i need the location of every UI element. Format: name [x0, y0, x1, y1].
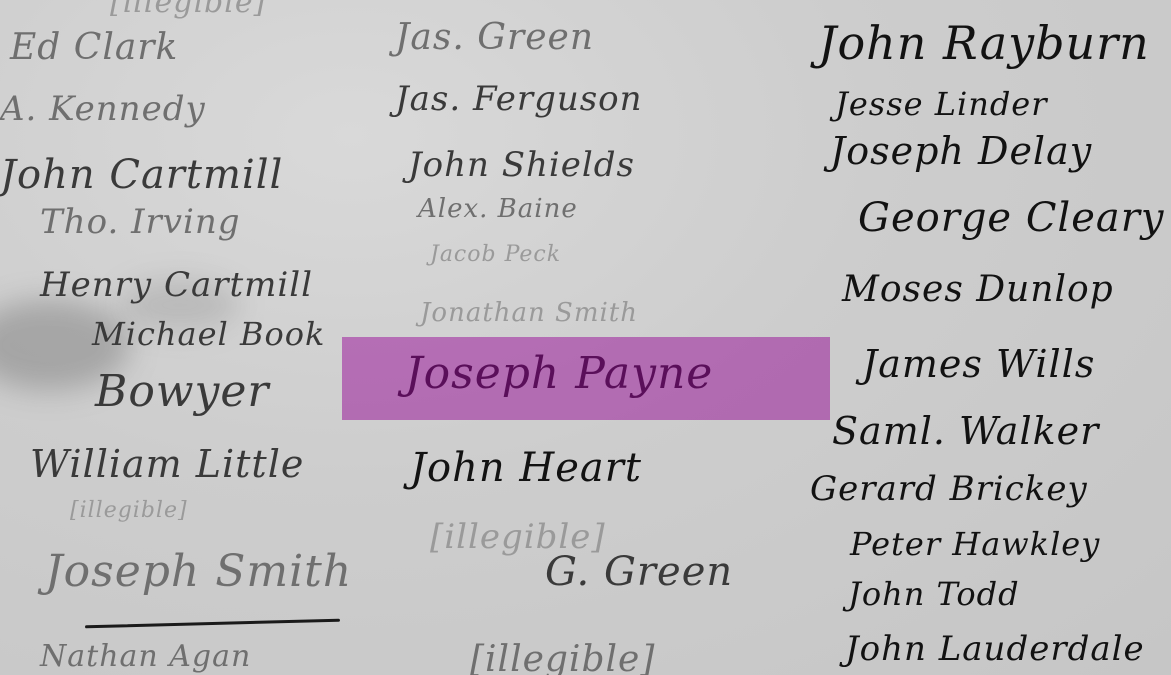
signature: Michael Book	[92, 318, 325, 350]
signature: A. Kennedy	[0, 92, 206, 126]
underline-rule	[85, 619, 340, 629]
signature: Jacob Peck	[430, 244, 561, 266]
signature: G. Green	[545, 552, 733, 592]
signature: James Wills	[862, 345, 1095, 383]
signature: Joseph Smith	[45, 550, 352, 594]
signature: [illegible]	[470, 642, 655, 675]
signature: Ed Clark	[10, 30, 178, 66]
signature: Alex. Baine	[418, 196, 578, 222]
signature: Bowyer	[95, 370, 269, 414]
signature: [illegible]	[70, 500, 188, 522]
signature: John Cartmill	[0, 155, 283, 195]
signature: Saml. Walker	[832, 412, 1099, 450]
highlighted-signature[interactable]: Joseph Payne	[405, 352, 713, 396]
signature: Jas. Green	[395, 20, 594, 56]
signature: Jonathan Smith	[420, 300, 638, 326]
signature: Moses Dunlop	[842, 272, 1114, 308]
signature: Peter Hawkley	[850, 528, 1100, 560]
signature: Gerard Brickey	[810, 472, 1088, 506]
signature: Nathan Agan	[40, 642, 251, 672]
signature: John Todd	[848, 578, 1020, 610]
signature: Tho. Irving	[40, 205, 241, 239]
signature: Joseph Delay	[830, 132, 1092, 170]
signature: William Little	[30, 445, 304, 483]
signature: Jas. Ferguson	[395, 82, 643, 116]
manuscript-page: [illegible] Ed Clark A. Kennedy John Car…	[0, 0, 1171, 675]
signature: John Lauderdale	[845, 632, 1145, 666]
signature: [illegible]	[110, 0, 266, 18]
signature: John Rayburn	[818, 20, 1150, 66]
signature: John Heart	[410, 448, 642, 488]
signature: George Cleary	[858, 198, 1164, 238]
signature: Henry Cartmill	[40, 268, 313, 302]
signature: John Shields	[408, 148, 635, 182]
signature: Jesse Linder	[835, 88, 1048, 120]
